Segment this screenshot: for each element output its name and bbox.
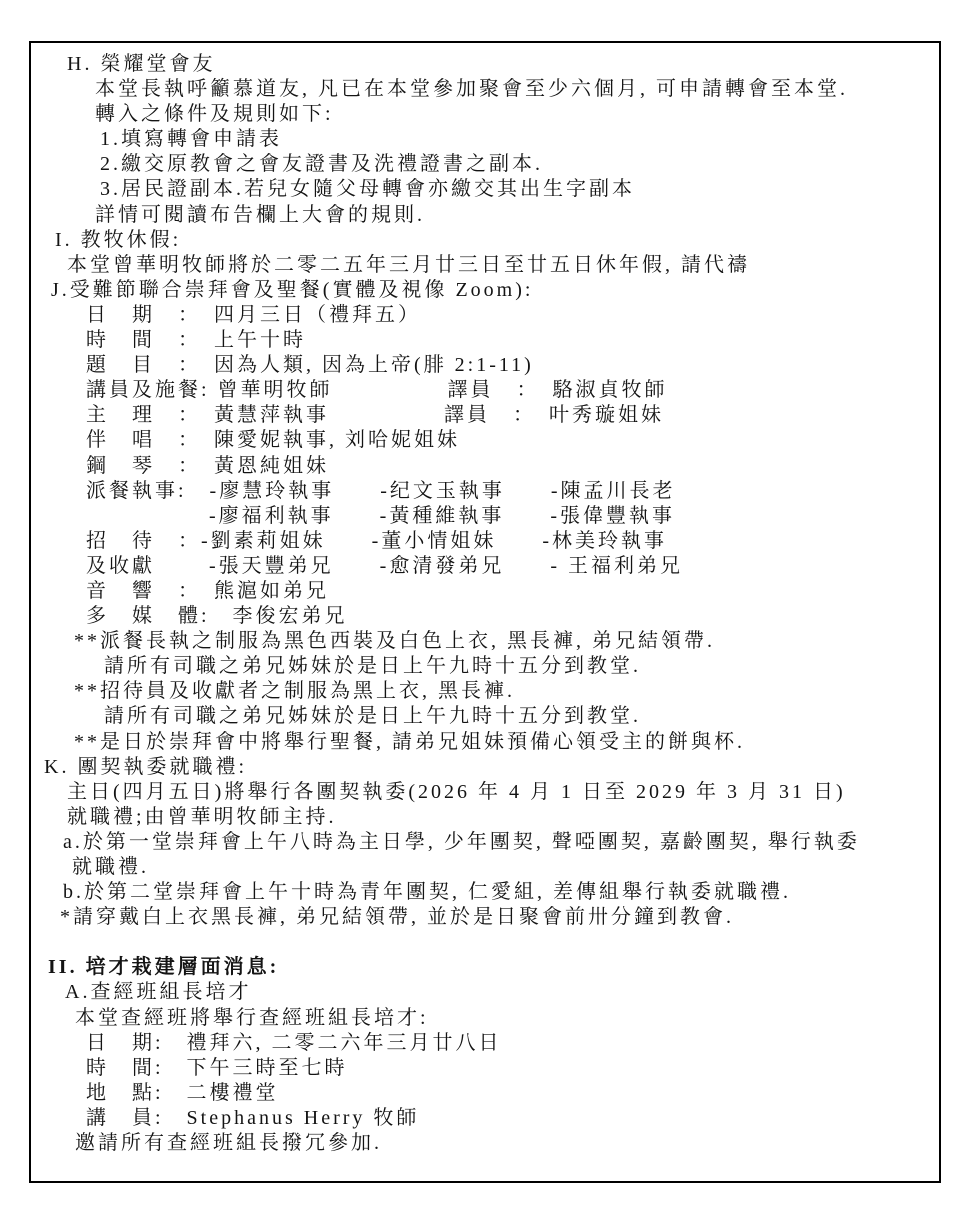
doc-line: 本堂長執呼籲慕道友, 凡已在本堂參加聚會至少六個月, 可申請轉會至本堂. xyxy=(44,77,925,102)
doc-line: 伴 唱 ： 陳愛妮執事, 刘哈妮姐妹 xyxy=(44,428,925,453)
doc-line: H. 榮耀堂會友 xyxy=(44,52,925,77)
bulletin-border-box: H. 榮耀堂會友本堂長執呼籲慕道友, 凡已在本堂參加聚會至少六個月, 可申請轉會… xyxy=(29,41,941,1183)
doc-line: A.查經班組長培才 xyxy=(44,980,925,1005)
doc-line: 詳情可閱讀布告欄上大會的規則. xyxy=(44,203,925,228)
doc-line: 地 點: 二樓禮堂 xyxy=(44,1081,925,1106)
blank-line xyxy=(44,930,925,955)
doc-line: 1.填寫轉會申請表 xyxy=(44,127,925,152)
doc-line: II. 培才栽建層面消息: xyxy=(44,955,925,980)
doc-line: 時 間 ： 上午十時 xyxy=(44,328,925,353)
doc-line: 及收獻 -張天豐弟兄 -愈清發弟兄 - 王福利弟兄 xyxy=(44,554,925,579)
doc-line: 日 期 ： 四月三日（禮拜五） xyxy=(44,303,925,328)
doc-line: 音 響 ： 熊滬如弟兄 xyxy=(44,579,925,604)
doc-line: -廖福利執事 -黃種維執事 -張偉豐執事 xyxy=(44,504,925,529)
doc-line: K. 團契執委就職禮: xyxy=(44,755,925,780)
doc-line: 就職禮. xyxy=(44,855,925,880)
doc-line: 題 目 ： 因為人類, 因為上帝(腓 2:1-11) xyxy=(44,353,925,378)
doc-line: 講員及施餐: 曾華明牧師 譯員 ： 駱淑貞牧師 xyxy=(44,378,925,403)
doc-line: 邀請所有查經班組長撥冗參加. xyxy=(44,1131,925,1156)
doc-line: 主 理 ： 黃慧萍執事 譯員 ： 叶秀璇姐妹 xyxy=(44,403,925,428)
doc-line: 多 媒 體: 李俊宏弟兄 xyxy=(44,604,925,629)
doc-line: 本堂查經班將舉行查經班組長培才: xyxy=(44,1006,925,1031)
doc-line: 3.居民證副本.若兒女隨父母轉會亦繳交其出生字副本 xyxy=(44,177,925,202)
doc-line: *請穿戴白上衣黑長褲, 弟兄結領帶, 並於是日聚會前卅分鐘到教會. xyxy=(44,905,925,930)
doc-line: 日 期: 禮拜六, 二零二六年三月廿八日 xyxy=(44,1031,925,1056)
doc-line: **派餐長執之制服為黑色西裝及白色上衣, 黑長褲, 弟兄結領帶. xyxy=(44,629,925,654)
doc-line: 鋼 琴 ： 黃恩純姐妹 xyxy=(44,454,925,479)
doc-line: 2.繳交原教會之會友證書及洗禮證書之副本. xyxy=(44,152,925,177)
doc-line: 本堂曾華明牧師將於二零二五年三月廿三日至廿五日休年假, 請代禱 xyxy=(44,253,925,278)
doc-line: 請所有司職之弟兄姊妹於是日上午九時十五分到教堂. xyxy=(44,704,925,729)
doc-line: 就職禮;由曾華明牧師主持. xyxy=(44,805,925,830)
doc-line: a.於第一堂崇拜會上午八時為主日學, 少年團契, 聲啞團契, 嘉齡團契, 舉行執… xyxy=(44,830,925,855)
doc-line: 主日(四月五日)將舉行各團契執委(2026 年 4 月 1 日至 2029 年 … xyxy=(44,780,925,805)
doc-line: 時 間: 下午三時至七時 xyxy=(44,1056,925,1081)
doc-line: 請所有司職之弟兄姊妹於是日上午九時十五分到教堂. xyxy=(44,654,925,679)
doc-line: **招待員及收獻者之制服為黑上衣, 黑長褲. xyxy=(44,679,925,704)
doc-line: 招 待 ：-劉素莉姐妹 -董小情姐妹 -林美玲執事 xyxy=(44,529,925,554)
doc-line: b.於第二堂崇拜會上午十時為青年團契, 仁愛組, 差傳組舉行執委就職禮. xyxy=(44,880,925,905)
doc-line: J.受難節聯合崇拜會及聖餐(實體及視像 Zoom): xyxy=(44,278,925,303)
doc-line: 派餐執事: -廖慧玲執事 -纪文玉執事 -陳孟川長老 xyxy=(44,479,925,504)
doc-line: 轉入之條件及規則如下: xyxy=(44,102,925,127)
doc-line: I. 教牧休假: xyxy=(44,228,925,253)
doc-line: **是日於崇拜會中將舉行聖餐, 請弟兄姐妹預備心領受主的餅與杯. xyxy=(44,730,925,755)
doc-line: 講 員: Stephanus Herry 牧師 xyxy=(44,1106,925,1131)
church-bulletin-page: H. 榮耀堂會友本堂長執呼籲慕道友, 凡已在本堂參加聚會至少六個月, 可申請轉會… xyxy=(0,0,967,1217)
